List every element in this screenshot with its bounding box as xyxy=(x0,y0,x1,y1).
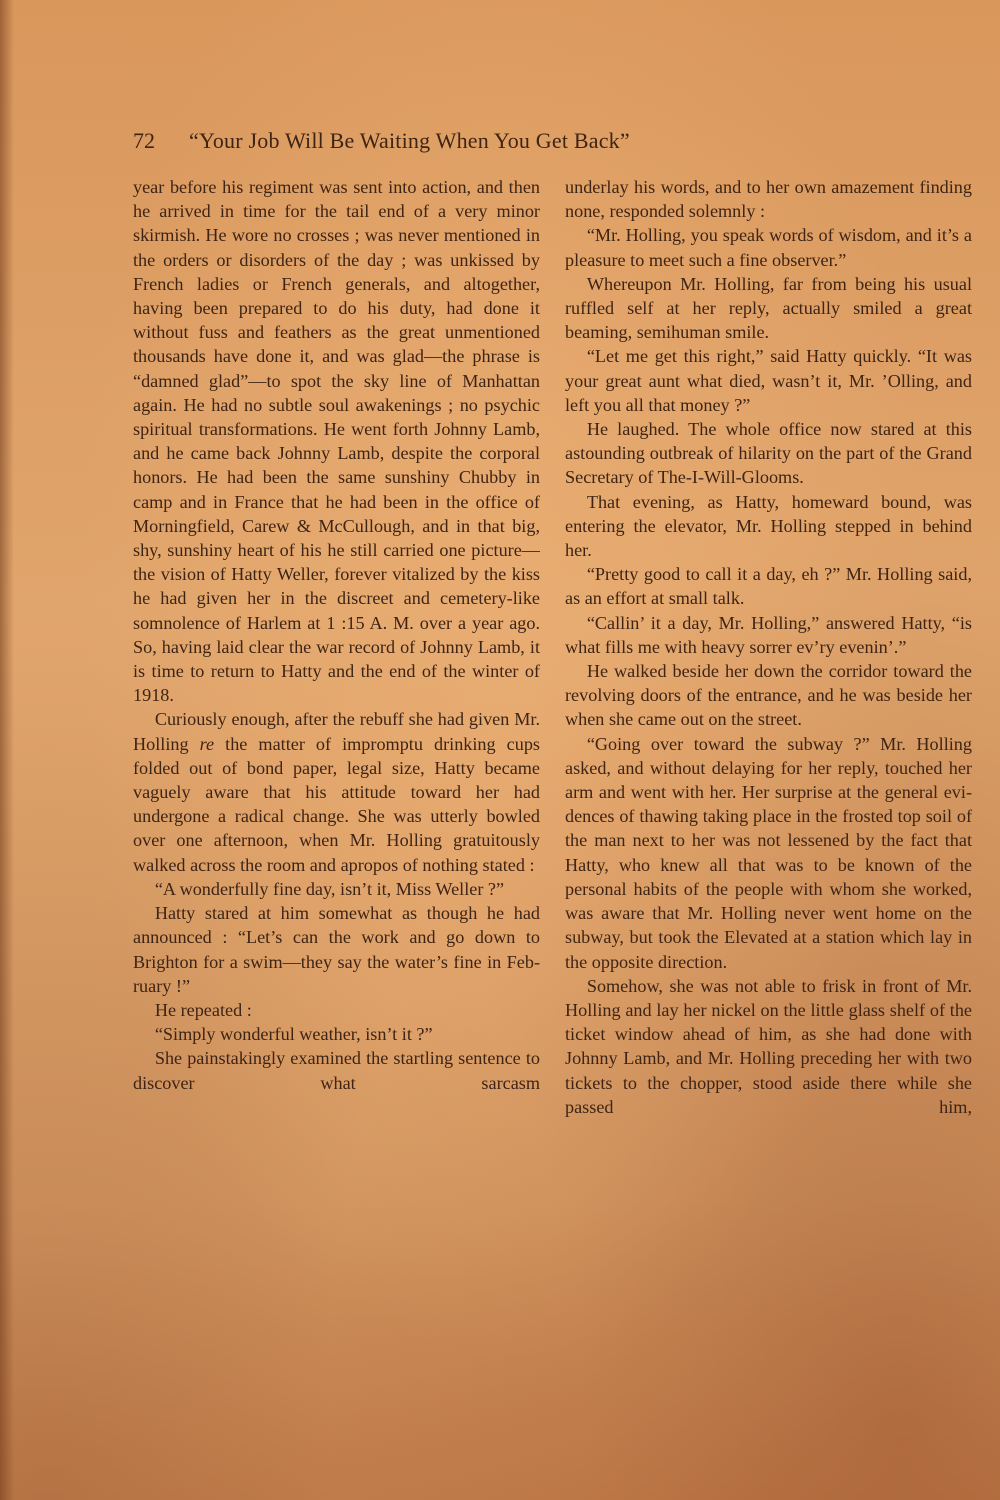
paragraph: He laughed. The whole office now stared … xyxy=(565,417,972,490)
paragraph: “Simply wonderful weather, isn’t it ?” xyxy=(133,1022,540,1046)
paragraph: underlay his words, and to her own amaze… xyxy=(565,175,972,223)
paragraph: “A wonderfully fine day, isn’t it, Miss … xyxy=(133,877,540,901)
paragraph: He repeated : xyxy=(133,998,540,1022)
paragraph: “Callin’ it a day, Mr. Holling,” an­swer… xyxy=(565,611,972,659)
paragraph: Curiously enough, after the rebuff she h… xyxy=(133,707,540,876)
page-spine-edge xyxy=(0,0,14,1500)
paragraph: He walked beside her down the cor­ridor … xyxy=(565,659,972,732)
page-number: 72 xyxy=(133,124,155,158)
paragraph: “Mr. Holling, you speak words of wis­dom… xyxy=(565,223,972,271)
paragraph: She painstakingly examined the start­lin… xyxy=(133,1046,540,1094)
paragraph: That evening, as Hatty, homeward bound, … xyxy=(565,490,972,563)
paragraph: year before his regiment was sent into a… xyxy=(133,175,540,707)
running-title: “Your Job Will Be Waiting When You Get B… xyxy=(189,124,630,158)
paragraph: “Pretty good to call it a day, eh ?” Mr.… xyxy=(565,562,972,610)
paragraph: “Going over toward the subway ?” Mr. Hol… xyxy=(565,732,972,974)
paragraph: Hatty stared at him somewhat as though h… xyxy=(133,901,540,998)
paragraph: “Let me get this right,” said Hatty quic… xyxy=(565,344,972,417)
paragraph: Whereupon Mr. Holling, far from be­ing h… xyxy=(565,272,972,345)
running-head: 72 “Your Job Will Be Waiting When You Ge… xyxy=(133,124,973,158)
left-text-column: year before his regiment was sent into a… xyxy=(133,175,540,1095)
right-text-column: underlay his words, and to her own amaze… xyxy=(565,175,972,1119)
paragraph: Somehow, she was not able to frisk in fr… xyxy=(565,974,972,1119)
